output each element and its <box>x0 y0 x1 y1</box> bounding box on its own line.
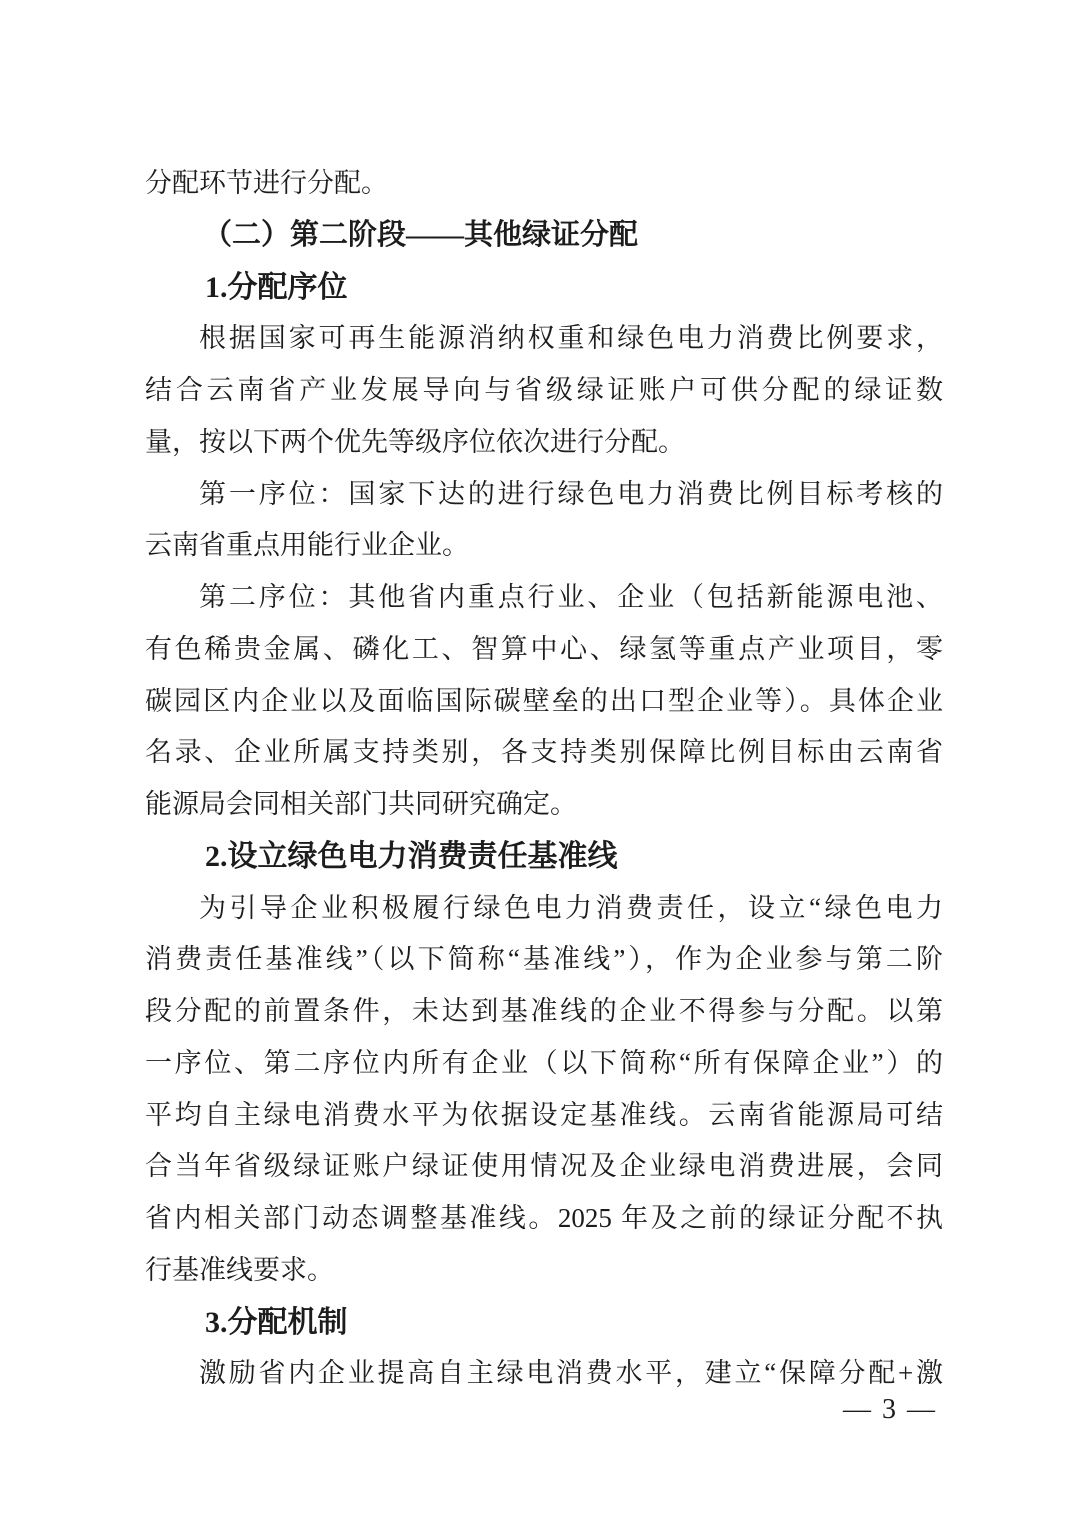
text-line: 消费责任基准线”（以下简称“基准线”），作为企业参与第二阶 <box>145 934 943 986</box>
text-line: 名录、企业所属支持类别，各支持类别保障比例目标由云南省 <box>145 727 943 779</box>
text-line: 第二序位：其他省内重点行业、企业（包括新能源电池、 <box>145 572 943 624</box>
text-line: 3.分配机制 <box>145 1297 943 1349</box>
page-number: — 3 — <box>843 1392 937 1428</box>
text-line: 激励省内企业提高自主绿电消费水平，建立“保障分配+激 <box>145 1348 943 1400</box>
text-line: 段分配的前置条件，未达到基准线的企业不得参与分配。以第 <box>145 986 943 1038</box>
document-page: 分配环节进行分配。（二）第二阶段——其他绿证分配1.分配序位根据国家可再生能源消… <box>0 0 1080 1527</box>
text-line: 省内相关部门动态调整基准线。2025 年及之前的绿证分配不执 <box>145 1193 943 1245</box>
text-line: 第一序位：国家下达的进行绿色电力消费比例目标考核的 <box>145 469 943 521</box>
text-line: 结合云南省产业发展导向与省级绿证账户可供分配的绿证数 <box>145 365 943 417</box>
text-line: 根据国家可再生能源消纳权重和绿色电力消费比例要求， <box>145 313 943 365</box>
text-line: 合当年省级绿证账户绿证使用情况及企业绿电消费进展，会同 <box>145 1141 943 1193</box>
text-line: 平均自主绿电消费水平为依据设定基准线。云南省能源局可结 <box>145 1090 943 1142</box>
text-line: （二）第二阶段——其他绿证分配 <box>145 210 943 262</box>
text-line: 1.分配序位 <box>145 262 943 314</box>
text-line: 碳园区内企业以及面临国际碳壁垒的出口型企业等）。具体企业 <box>145 676 943 728</box>
text-line: 量，按以下两个优先等级序位依次进行分配。 <box>145 417 943 469</box>
text-line: 为引导企业积极履行绿色电力消费责任，设立“绿色电力 <box>145 883 943 935</box>
text-line: 能源局会同相关部门共同研究确定。 <box>145 779 943 831</box>
text-line: 分配环节进行分配。 <box>145 158 943 210</box>
text-line: 一序位、第二序位内所有企业（以下简称“所有保障企业”）的 <box>145 1038 943 1090</box>
text-line: 有色稀贵金属、磷化工、智算中心、绿氢等重点产业项目，零 <box>145 624 943 676</box>
document-body: 分配环节进行分配。（二）第二阶段——其他绿证分配1.分配序位根据国家可再生能源消… <box>145 158 943 1400</box>
text-line: 2.设立绿色电力消费责任基准线 <box>145 831 943 883</box>
text-line: 云南省重点用能行业企业。 <box>145 520 943 572</box>
text-line: 行基准线要求。 <box>145 1245 943 1297</box>
